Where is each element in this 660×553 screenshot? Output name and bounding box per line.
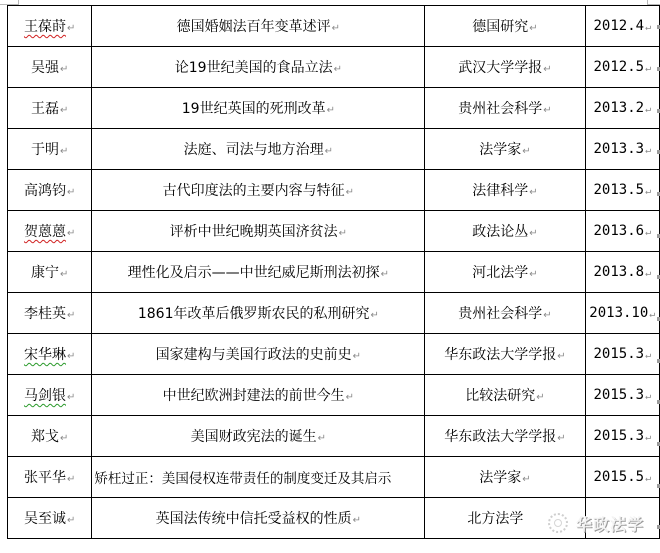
table-row: 宋华琳↵ 国家建构与美国行政法的史前史↵ 华东政法大学学报↵ 2015.3↵ bbox=[8, 334, 660, 375]
paragraph-mark-icon: ↵ bbox=[334, 64, 342, 75]
table-body: 王葆莳↵ 德国婚姻法百年变革述评↵ 德国研究↵ 2012.4↵ 吴强↵ 论19世… bbox=[8, 6, 660, 539]
paragraph-mark-icon: ↵ bbox=[529, 187, 537, 198]
author-cell[interactable]: 吴至诚↵ bbox=[8, 498, 92, 539]
table-row: 张平华↵ 矫枉过正：美国侵权连带责任的制度变迁及其启示 法学家↵ 2015.5↵ bbox=[8, 457, 660, 498]
publish-date: 2015.3 bbox=[594, 428, 645, 444]
paragraph-mark-icon: ↵ bbox=[60, 146, 68, 157]
date-cell[interactable]: 2012.5↵ bbox=[585, 47, 659, 88]
paragraph-mark-icon: ↵ bbox=[67, 515, 75, 526]
paragraph-mark-icon: ↵ bbox=[332, 23, 340, 34]
journal-name: 北方法学 bbox=[467, 511, 523, 527]
article-title: 评析中世纪晚期英国济贫法 bbox=[170, 224, 338, 240]
paragraph-mark-icon: ↵ bbox=[67, 474, 75, 485]
table-row: 贺蒽蒽↵ 评析中世纪晚期英国济贫法↵ 政法论丛↵ 2013.6↵ bbox=[8, 211, 660, 252]
paragraph-mark-icon: ↵ bbox=[353, 515, 361, 526]
journal-name: 贵州社会科学 bbox=[458, 306, 542, 322]
paragraph-mark-icon: ↵ bbox=[645, 186, 651, 197]
article-title: 美国财政宪法的诞生 bbox=[191, 429, 317, 445]
date-cell[interactable]: 2013.5↵ bbox=[585, 170, 659, 211]
table-row: 马剑银↵ 中世纪欧洲封建法的前世今生↵ 比较法研究↵ 2015.3↵ bbox=[8, 375, 660, 416]
paragraph-mark-icon: ↵ bbox=[327, 105, 335, 116]
title-cell[interactable]: 论19世纪美国的食品立法↵ bbox=[92, 47, 425, 88]
paragraph-mark-icon: ↵ bbox=[645, 145, 651, 156]
journal-cell[interactable]: 北方法学 bbox=[425, 498, 585, 539]
date-cell[interactable]: 2015.3↵ bbox=[585, 334, 659, 375]
paragraph-mark-icon: ↵ bbox=[325, 146, 333, 157]
date-cell[interactable]: 2013.2↵ bbox=[585, 88, 659, 129]
journal-name: 德国研究 bbox=[472, 19, 528, 35]
paragraph-mark-icon: ↵ bbox=[645, 350, 651, 361]
article-title: 1861年改革后俄罗斯农民的私刑研究 bbox=[138, 306, 370, 322]
publish-date: 2013.5 bbox=[594, 182, 645, 198]
paragraph-mark-icon: ↵ bbox=[557, 351, 565, 362]
paragraph-mark-icon: ↵ bbox=[67, 187, 75, 198]
publish-date: 2015.3 bbox=[594, 346, 645, 362]
journal-cell[interactable]: 华东政法大学学报↵ bbox=[425, 416, 585, 457]
author-cell[interactable]: 宋华琳↵ bbox=[8, 334, 92, 375]
paragraph-mark-icon: ↵ bbox=[529, 23, 537, 34]
journal-cell[interactable]: 贵州社会科学↵ bbox=[425, 293, 585, 334]
paragraph-mark-icon: ↵ bbox=[649, 309, 655, 320]
table-row: 吴至诚↵ 英国法传统中信托受益权的性质↵ 北方法学 ↵ bbox=[8, 498, 660, 539]
table-row: 李桂英↵ 1861年改革后俄罗斯农民的私刑研究↵ 贵州社会科学↵ 2013.10… bbox=[8, 293, 660, 334]
author-cell[interactable]: 贺蒽蒽↵ bbox=[8, 211, 92, 252]
date-cell[interactable]: 2013.6↵ bbox=[585, 211, 659, 252]
author-name: 宋华琳 bbox=[24, 347, 66, 363]
publish-date: 2012.4 bbox=[594, 18, 645, 34]
title-cell[interactable]: 1861年改革后俄罗斯农民的私刑研究↵ bbox=[92, 293, 425, 334]
title-cell[interactable]: 德国婚姻法百年变革述评↵ bbox=[92, 6, 425, 47]
article-title: 法庭、司法与地方治理 bbox=[184, 142, 324, 158]
paragraph-mark-icon: ↵ bbox=[645, 63, 651, 74]
publications-table: 王葆莳↵ 德国婚姻法百年变革述评↵ 德国研究↵ 2012.4↵ 吴强↵ 论19世… bbox=[7, 5, 660, 539]
paragraph-mark-icon: ↵ bbox=[645, 227, 651, 238]
title-cell[interactable]: 美国财政宪法的诞生↵ bbox=[92, 416, 425, 457]
table-row: 高鸿钧↵ 古代印度法的主要内容与特征↵ 法律科学↵ 2013.5↵ bbox=[8, 170, 660, 211]
paragraph-mark-icon: ↵ bbox=[543, 105, 551, 116]
title-cell[interactable]: 中世纪欧洲封建法的前世今生↵ bbox=[92, 375, 425, 416]
paragraph-mark-icon: ↵ bbox=[645, 22, 651, 33]
journal-cell[interactable]: 德国研究↵ bbox=[425, 6, 585, 47]
journal-cell[interactable]: 法律科学↵ bbox=[425, 170, 585, 211]
author-cell[interactable]: 郑戈↵ bbox=[8, 416, 92, 457]
journal-cell[interactable]: 法学家↵ bbox=[425, 129, 585, 170]
title-cell[interactable]: 英国法传统中信托受益权的性质↵ bbox=[92, 498, 425, 539]
publish-date: 2013.6 bbox=[594, 223, 645, 239]
author-cell[interactable]: 康宁↵ bbox=[8, 252, 92, 293]
paragraph-mark-icon: ↵ bbox=[536, 392, 544, 403]
article-title: 矫枉过正：美国侵权连带责任的制度变迁及其启示 bbox=[94, 471, 391, 487]
journal-name: 政法论丛 bbox=[472, 224, 528, 240]
journal-cell[interactable]: 贵州社会科学↵ bbox=[425, 88, 585, 129]
author-name: 郑戈 bbox=[31, 429, 59, 445]
paragraph-mark-icon: ↵ bbox=[645, 473, 651, 484]
journal-name: 法律科学 bbox=[472, 183, 528, 199]
title-cell[interactable]: 古代印度法的主要内容与特征↵ bbox=[92, 170, 425, 211]
publish-date: 2013.10 bbox=[589, 305, 648, 321]
title-cell[interactable]: 19世纪英国的死刑改革↵ bbox=[92, 88, 425, 129]
journal-cell[interactable]: 华东政法大学学报↵ bbox=[425, 334, 585, 375]
publish-date: 2013.8 bbox=[594, 264, 645, 280]
author-cell[interactable]: 马剑银↵ bbox=[8, 375, 92, 416]
paragraph-mark-icon: ↵ bbox=[67, 23, 75, 34]
date-cell[interactable]: 2013.8↵ bbox=[585, 252, 659, 293]
paragraph-mark-icon: ↵ bbox=[529, 269, 537, 280]
paragraph-mark-icon: ↵ bbox=[318, 433, 326, 444]
paragraph-mark-icon: ↵ bbox=[67, 351, 75, 362]
article-title: 论19世纪美国的食品立法 bbox=[175, 60, 333, 76]
article-title: 德国婚姻法百年变革述评 bbox=[177, 19, 331, 35]
table-row: 王葆莳↵ 德国婚姻法百年变革述评↵ 德国研究↵ 2012.4↵ bbox=[8, 6, 660, 47]
table-row: 康宁↵ 理性化及启示——中世纪威尼斯刑法初探↵ 河北法学↵ 2013.8↵ bbox=[8, 252, 660, 293]
paragraph-mark-icon: ↵ bbox=[543, 310, 551, 321]
author-cell[interactable]: 高鸿钧↵ bbox=[8, 170, 92, 211]
paragraph-mark-icon: ↵ bbox=[645, 104, 651, 115]
date-cell[interactable]: 2015.3↵ bbox=[585, 416, 659, 457]
author-cell[interactable]: 于明↵ bbox=[8, 129, 92, 170]
paragraph-mark-icon: ↵ bbox=[543, 64, 551, 75]
title-cell[interactable]: 矫枉过正：美国侵权连带责任的制度变迁及其启示 bbox=[92, 457, 425, 498]
publish-date: 2013.2 bbox=[594, 100, 645, 116]
paragraph-mark-icon: ↵ bbox=[522, 146, 530, 157]
article-title: 理性化及启示——中世纪威尼斯刑法初探 bbox=[128, 265, 380, 281]
journal-name: 法学家 bbox=[479, 142, 521, 158]
author-name: 吴至诚 bbox=[24, 511, 66, 527]
author-cell[interactable]: 张平华↵ bbox=[8, 457, 92, 498]
paragraph-mark-icon: ↵ bbox=[529, 228, 537, 239]
publish-date: 2015.3 bbox=[594, 387, 645, 403]
date-cell[interactable]: 2013.3↵ bbox=[585, 129, 659, 170]
title-cell[interactable]: 国家建构与美国行政法的史前史↵ bbox=[92, 334, 425, 375]
paragraph-mark-icon: ↵ bbox=[371, 310, 379, 321]
publish-date: 2015.5 bbox=[594, 469, 645, 485]
journal-name: 贵州社会科学 bbox=[458, 101, 542, 117]
journal-cell[interactable]: 河北法学↵ bbox=[425, 252, 585, 293]
author-name: 高鸿钧 bbox=[24, 183, 66, 199]
paragraph-mark-icon: ↵ bbox=[60, 64, 68, 75]
journal-name: 比较法研究 bbox=[465, 388, 535, 404]
publish-date: 2013.3 bbox=[594, 141, 645, 157]
author-cell[interactable]: 李桂英↵ bbox=[8, 293, 92, 334]
author-name: 贺蒽蒽 bbox=[24, 224, 66, 240]
article-title: 古代印度法的主要内容与特征 bbox=[163, 183, 345, 199]
author-cell[interactable]: 吴强↵ bbox=[8, 47, 92, 88]
author-name: 王磊 bbox=[31, 101, 59, 117]
title-cell[interactable]: 评析中世纪晚期英国济贫法↵ bbox=[92, 211, 425, 252]
table-row: 郑戈↵ 美国财政宪法的诞生↵ 华东政法大学学报↵ 2015.3↵ bbox=[8, 416, 660, 457]
author-name: 李桂英 bbox=[24, 306, 66, 322]
journal-name: 河北法学 bbox=[472, 265, 528, 281]
author-name: 马剑银 bbox=[24, 388, 66, 404]
article-title: 19世纪英国的死刑改革 bbox=[182, 101, 326, 117]
date-cell[interactable]: ↵ bbox=[585, 498, 659, 539]
date-cell[interactable]: 2015.5↵ bbox=[585, 457, 659, 498]
paragraph-mark-icon: ↵ bbox=[557, 433, 565, 444]
paragraph-mark-icon: ↵ bbox=[522, 474, 530, 485]
publish-date: 2012.5 bbox=[594, 59, 645, 75]
paragraph-mark-icon: ↵ bbox=[60, 269, 68, 280]
journal-cell[interactable]: 武汉大学学报↵ bbox=[425, 47, 585, 88]
journal-cell[interactable]: 法学家↵ bbox=[425, 457, 585, 498]
paragraph-mark-icon: ↵ bbox=[67, 392, 75, 403]
title-cell[interactable]: 法庭、司法与地方治理↵ bbox=[92, 129, 425, 170]
paragraph-mark-icon: ↵ bbox=[645, 432, 651, 443]
paragraph-mark-icon: ↵ bbox=[381, 269, 389, 280]
paragraph-mark-icon: ↵ bbox=[346, 392, 354, 403]
article-title: 英国法传统中信托受益权的性质 bbox=[156, 511, 352, 527]
author-cell[interactable]: 王磊↵ bbox=[8, 88, 92, 129]
author-cell[interactable]: 王葆莳↵ bbox=[8, 6, 92, 47]
paragraph-mark-icon: ↵ bbox=[60, 105, 68, 116]
table-row: 吴强↵ 论19世纪美国的食品立法↵ 武汉大学学报↵ 2012.5↵ bbox=[8, 47, 660, 88]
journal-cell[interactable]: 比较法研究↵ bbox=[425, 375, 585, 416]
paragraph-mark-icon: ↵ bbox=[339, 228, 347, 239]
journal-name: 法学家 bbox=[479, 470, 521, 486]
author-name: 于明 bbox=[31, 142, 59, 158]
paragraph-mark-icon: ↵ bbox=[645, 391, 651, 402]
paragraph-mark-icon: ↵ bbox=[620, 514, 626, 525]
author-name: 康宁 bbox=[31, 265, 59, 281]
paragraph-mark-icon: ↵ bbox=[60, 433, 68, 444]
paragraph-mark-icon: ↵ bbox=[346, 187, 354, 198]
paragraph-mark-icon: ↵ bbox=[67, 310, 75, 321]
journal-name: 武汉大学学报 bbox=[458, 60, 542, 76]
journal-cell[interactable]: 政法论丛↵ bbox=[425, 211, 585, 252]
title-cell[interactable]: 理性化及启示——中世纪威尼斯刑法初探↵ bbox=[92, 252, 425, 293]
paragraph-mark-icon: ↵ bbox=[353, 351, 361, 362]
date-cell[interactable]: 2013.10↵ bbox=[585, 293, 659, 334]
date-cell[interactable]: 2012.4↵ bbox=[585, 6, 659, 47]
author-name: 王葆莳 bbox=[24, 19, 66, 35]
table-row: 于明↵ 法庭、司法与地方治理↵ 法学家↵ 2013.3↵ bbox=[8, 129, 660, 170]
table-row: 王磊↵ 19世纪英国的死刑改革↵ 贵州社会科学↵ 2013.2↵ bbox=[8, 88, 660, 129]
date-cell[interactable]: 2015.3↵ bbox=[585, 375, 659, 416]
paragraph-mark-icon: ↵ bbox=[645, 268, 651, 279]
journal-name: 华东政法大学学报 bbox=[444, 347, 556, 363]
article-title: 中世纪欧洲封建法的前世今生 bbox=[163, 388, 345, 404]
article-title: 国家建构与美国行政法的史前史 bbox=[156, 347, 352, 363]
author-name: 张平华 bbox=[24, 470, 66, 486]
journal-name: 华东政法大学学报 bbox=[444, 429, 556, 445]
author-name: 吴强 bbox=[31, 60, 59, 76]
paragraph-mark-icon: ↵ bbox=[67, 228, 75, 239]
